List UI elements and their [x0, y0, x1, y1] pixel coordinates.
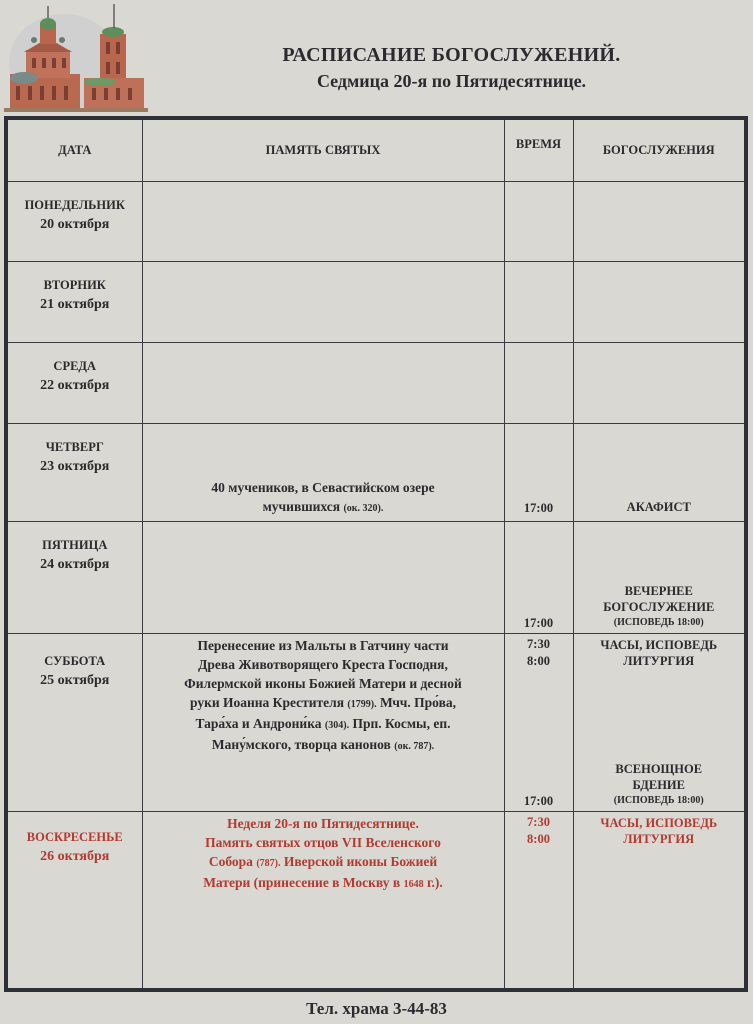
table-row: ЧЕТВЕРГ 23 октября 40 мучеников, в Севас… — [6, 424, 746, 522]
date-cell: ПЯТНИЦА 24 октября — [6, 522, 142, 634]
date: 20 октября — [8, 215, 142, 234]
page-title: РАСПИСАНИЕ БОГОСЛУЖЕНИЙ. — [150, 44, 753, 67]
time-cell: 17:00 — [504, 424, 573, 522]
memory-text-line: Древа Животворящего Креста Господня, — [149, 655, 498, 674]
memory-cell — [142, 522, 504, 634]
column-header-services: БОГОСЛУЖЕНИЯ — [573, 118, 746, 182]
memory-text-line: г.). — [427, 875, 443, 890]
service-time: 17:00 — [505, 615, 573, 632]
service-name: БОГОСЛУЖЕНИЕ — [574, 599, 745, 615]
service-name: АКАФИСТ — [574, 499, 745, 515]
service-cell — [573, 262, 746, 343]
memory-text-line: Тара́ха и Андрони́ка — [196, 716, 322, 731]
time-cell: 17:00 — [504, 522, 573, 634]
service-time: 17:00 — [505, 793, 573, 810]
time-cell — [504, 182, 573, 262]
date: 21 октября — [8, 295, 142, 314]
date: 25 октября — [8, 671, 142, 690]
service-time: 8:00 — [505, 831, 573, 848]
confession-note: (ИСПОВЕДЬ 18:00) — [574, 615, 745, 631]
memory-text-line: Неделя 20-я по Пятидесятнице. — [149, 814, 498, 833]
memory-text-line: 40 мучеников, в Севастийском озере — [143, 478, 504, 497]
service-cell: ВЕЧЕРНЕЕ БОГОСЛУЖЕНИЕ (ИСПОВЕДЬ 18:00) — [573, 522, 746, 634]
weekday: ПОНЕДЕЛЬНИК — [8, 196, 142, 215]
service-time: 7:30 — [505, 814, 573, 831]
memory-year-note: (ок. 320). — [343, 503, 383, 514]
time-cell — [504, 343, 573, 424]
date-cell: ЧЕТВЕРГ 23 октября — [6, 424, 142, 522]
memory-year-note: (787). — [256, 858, 280, 869]
memory-text-line: Ману́мского, творца канонов — [212, 737, 391, 752]
memory-cell — [142, 343, 504, 424]
table-row: СУББОТА 25 октября Перенесение из Мальты… — [6, 634, 746, 812]
memory-text-line: руки Иоанна Крестителя — [190, 695, 344, 710]
memory-cell: 40 мучеников, в Севастийском озере мучив… — [142, 424, 504, 522]
time-cell: 7:30 8:00 17:00 — [504, 634, 573, 812]
memory-text-line: Память святых отцов VII Вселенского — [149, 833, 498, 852]
table-row: СРЕДА 22 октября — [6, 343, 746, 424]
church-illustration-icon — [4, 2, 148, 112]
service-cell — [573, 343, 746, 424]
service-time: 7:30 — [505, 636, 573, 653]
memory-text-line: Мчч. Про́ва, — [380, 695, 456, 710]
memory-text-line: Прп. Космы, еп. — [352, 716, 450, 731]
date-cell: ВОСКРЕСЕНЬЕ 26 октября — [6, 812, 142, 990]
church-phone: Тел. храма 3-44-83 — [0, 999, 753, 1019]
column-header-memory: ПАМЯТЬ СВЯТЫХ — [142, 118, 504, 182]
service-time: 8:00 — [505, 653, 573, 670]
memory-year-note: (304). — [325, 720, 349, 731]
time-cell — [504, 262, 573, 343]
date-cell: ВТОРНИК 21 октября — [6, 262, 142, 343]
memory-text-line: Иверской иконы Божией — [284, 854, 437, 869]
date: 23 октября — [8, 457, 142, 476]
memory-cell — [142, 262, 504, 343]
weekday: ВТОРНИК — [8, 276, 142, 295]
service-name: ЛИТУРГИЯ — [574, 653, 745, 669]
date-cell: СУББОТА 25 октября — [6, 634, 142, 812]
table-header-row: ДАТА ПАМЯТЬ СВЯТЫХ ВРЕМЯ БОГОСЛУЖЕНИЯ — [6, 118, 746, 182]
weekday: СУББОТА — [8, 652, 142, 671]
memory-text-line: мучившихся — [263, 499, 340, 514]
memory-year-note: (ок. 787). — [394, 741, 434, 752]
memory-text-line: Перенесение из Мальты в Гатчину части — [149, 636, 498, 655]
column-header-date: ДАТА — [6, 118, 142, 182]
date: 24 октября — [8, 555, 142, 574]
weekday: ЧЕТВЕРГ — [8, 438, 142, 457]
date: 26 октября — [8, 847, 142, 866]
date-cell: ПОНЕДЕЛЬНИК 20 октября — [6, 182, 142, 262]
weekday: СРЕДА — [8, 357, 142, 376]
weekday: ПЯТНИЦА — [8, 536, 142, 555]
table-row: ВОСКРЕСЕНЬЕ 26 октября Неделя 20-я по Пя… — [6, 812, 746, 990]
memory-cell: Перенесение из Мальты в Гатчину части Др… — [142, 634, 504, 812]
column-header-time: ВРЕМЯ — [504, 118, 573, 182]
time-cell: 7:30 8:00 — [504, 812, 573, 990]
memory-text-line: Филермской иконы Божией Матери и десной — [149, 674, 498, 693]
memory-text-line: Собора — [209, 854, 253, 869]
memory-cell — [142, 182, 504, 262]
service-name: ЧАСЫ, ИСПОВЕДЬ — [574, 815, 745, 831]
confession-note: (ИСПОВЕДЬ 18:00) — [574, 793, 745, 809]
service-cell: ЧАСЫ, ИСПОВЕДЬ ЛИТУРГИЯ ВСЕНОЩНОЕ БДЕНИЕ… — [573, 634, 746, 812]
table-row: ВТОРНИК 21 октября — [6, 262, 746, 343]
table-row: ПОНЕДЕЛЬНИК 20 октября — [6, 182, 746, 262]
service-cell — [573, 182, 746, 262]
service-name: ЛИТУРГИЯ — [574, 831, 745, 847]
service-cell: АКАФИСТ — [573, 424, 746, 522]
service-name: ВСЕНОЩНОЕ — [574, 761, 745, 777]
page-subtitle: Седмица 20-я по Пятидесятнице. — [150, 71, 753, 92]
date: 22 октября — [8, 376, 142, 395]
service-time: 17:00 — [505, 500, 573, 517]
memory-text-line: Матери (принесение в Москву в — [203, 875, 400, 890]
service-name: ВЕЧЕРНЕЕ — [574, 583, 745, 599]
service-name: БДЕНИЕ — [574, 777, 745, 793]
weekday: ВОСКРЕСЕНЬЕ — [8, 828, 142, 847]
memory-year-note: 1648 — [404, 879, 424, 890]
memory-year-note: (1799). — [347, 699, 376, 710]
service-cell: ЧАСЫ, ИСПОВЕДЬ ЛИТУРГИЯ — [573, 812, 746, 990]
service-name: ЧАСЫ, ИСПОВЕДЬ — [574, 637, 745, 653]
table-row: ПЯТНИЦА 24 октября 17:00 ВЕЧЕРНЕЕ БОГОСЛ… — [6, 522, 746, 634]
schedule-table: ДАТА ПАМЯТЬ СВЯТЫХ ВРЕМЯ БОГОСЛУЖЕНИЯ ПО… — [4, 116, 748, 992]
memory-cell: Неделя 20-я по Пятидесятнице. Память свя… — [142, 812, 504, 990]
date-cell: СРЕДА 22 октября — [6, 343, 142, 424]
